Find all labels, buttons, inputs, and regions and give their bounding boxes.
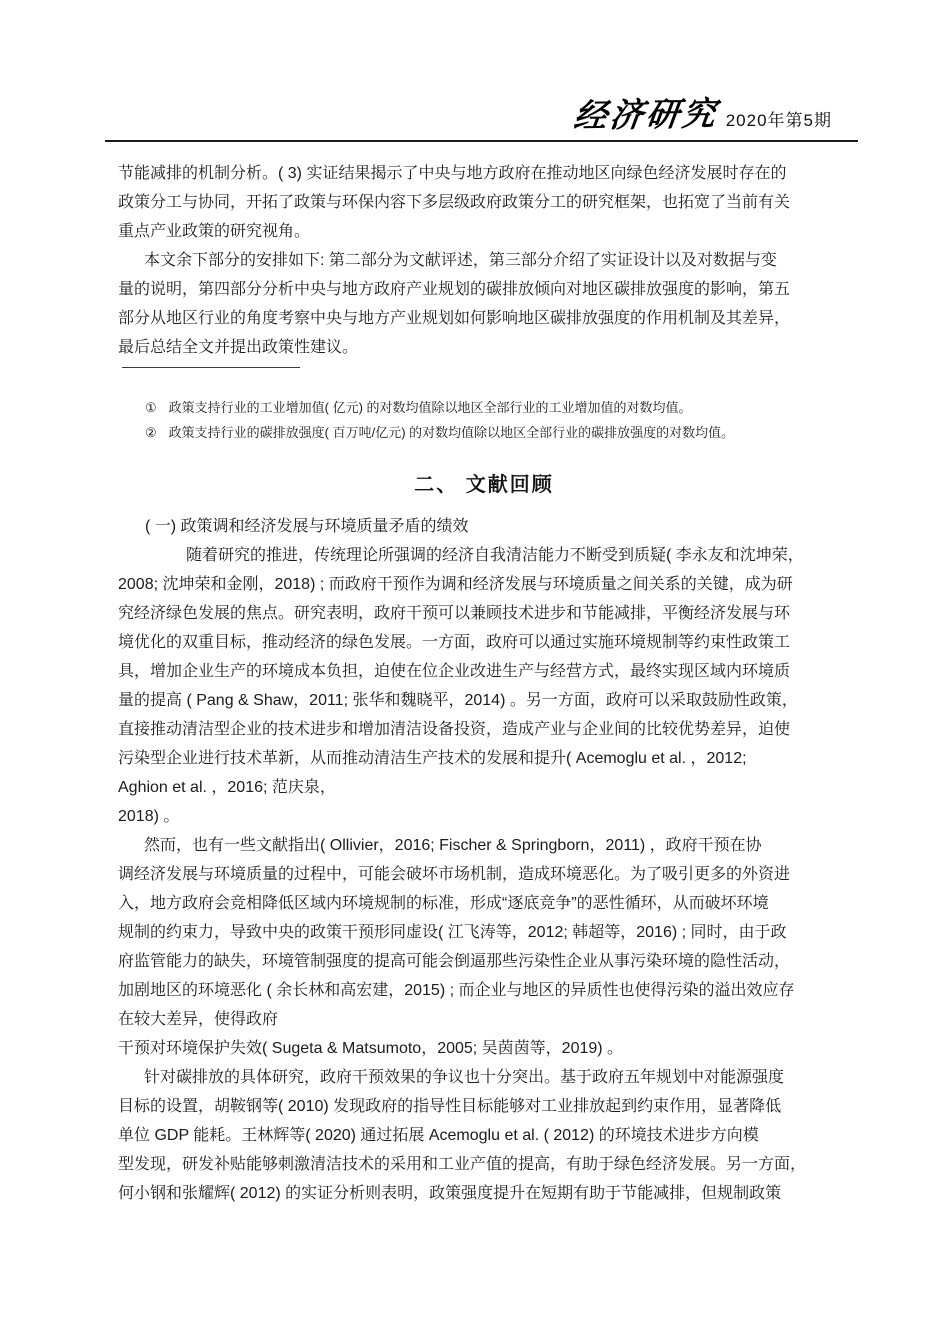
paragraph-government-intervention-negative: 然而，也有一些文献指出( Ollivier，2016; Fischer & Sp… (118, 831, 850, 1063)
footnote-1-marker: ① (145, 395, 157, 420)
masthead-row: 经济研究 2020年第5期 (118, 98, 832, 134)
footnote-2-marker: ② (145, 420, 157, 445)
issue-label: 2020年第5期 (726, 106, 832, 134)
paragraph-contributions-continued: 节能减排的机制分析。( 3) 实证结果揭示了中央与地方政府在推动地区向绿色经济发… (118, 159, 850, 246)
footnotes-block: ① 政策支持行业的工业增加值( 亿元) 的对数均值除以地区全部行业的工业增加值的… (118, 395, 850, 445)
footnote-1: ① 政策支持行业的工业增加值( 亿元) 的对数均值除以地区全部行业的工业增加值的… (118, 395, 850, 420)
journal-logo-calligraphy: 经济研究 (571, 97, 720, 136)
section-title-literature-review: 二、 文献回顾 (118, 471, 850, 500)
article-body: 节能减排的机制分析。( 3) 实证结果揭示了中央与地方政府在推动地区向绿色经济发… (118, 159, 850, 1208)
paper-page: 经济研究 2020年第5期 节能减排的机制分析。( 3) 实证结果揭示了中央与地… (0, 0, 950, 1344)
footnote-1-text: 政策支持行业的工业增加值( 亿元) 的对数均值除以地区全部行业的工业增加值的对数… (169, 395, 850, 420)
footnote-2-text: 政策支持行业的碳排放强度( 百万吨/亿元) 的对数均值除以地区全部行业的碳排放强… (169, 420, 850, 445)
subsection-title-policy-performance: ( 一) 政策调和经济发展与环境质量矛盾的绩效 (118, 512, 850, 541)
paragraph-government-intervention-positive: 随着研究的推进，传统理论所强调的经济自我清洁能力不断受到质疑( 李永友和沈坤荣，… (118, 541, 850, 831)
footnote-separator (122, 367, 300, 368)
journal-masthead: 经济研究 2020年第5期 (0, 0, 950, 142)
paragraph-structure-overview: 本文余下部分的安排如下: 第二部分为文献评述，第三部分介绍了实证设计以及对数据与… (118, 246, 850, 362)
paragraph-carbon-emission-studies: 针对碳排放的具体研究，政府干预效果的争议也十分突出。基于政府五年规划中对能源强度… (118, 1063, 850, 1208)
footnote-2: ② 政策支持行业的碳排放强度( 百万吨/亿元) 的对数均值除以地区全部行业的碳排… (118, 420, 850, 445)
header-rule (105, 140, 858, 142)
